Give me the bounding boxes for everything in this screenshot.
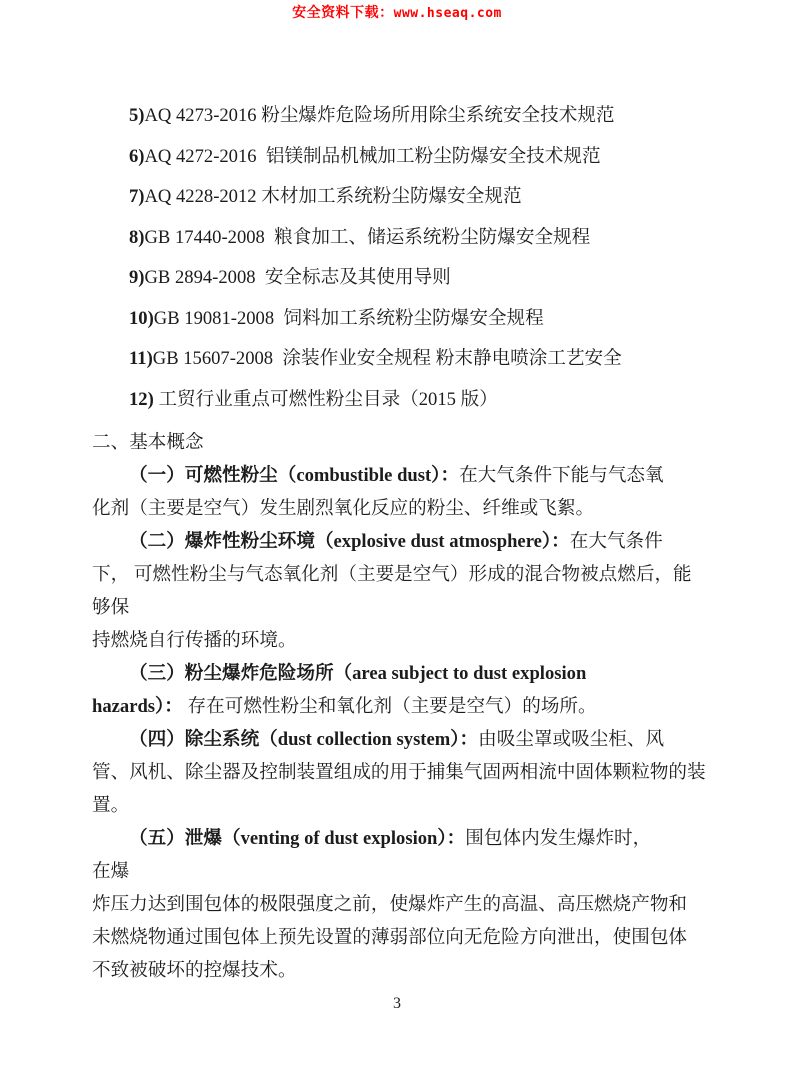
standard-item-number: 6) — [129, 146, 145, 167]
standard-item-number: 11) — [129, 348, 153, 369]
definition-term: hazards）： — [92, 696, 183, 717]
standard-item-number: 10) — [129, 308, 154, 329]
definition-line: （一）可燃性粉尘（combustible dust）：在大气条件下能与气态氧 — [92, 459, 708, 492]
standard-item: 10)GB 19081-2008 饲料加工系统粉尘防爆安全规程 — [92, 299, 708, 340]
definition-line: hazards）： 存在可燃性粉尘和氧化剂（主要是空气）的场所。 — [92, 690, 708, 723]
definition-text: 不致被破坏的控爆技术。 — [92, 960, 297, 981]
standard-item: 7)AQ 4228-2012 木材加工系统粉尘防爆安全规范 — [92, 177, 708, 218]
definition-line: 持燃烧自行传播的环境。 — [92, 624, 708, 657]
standard-item-number: 9) — [129, 267, 145, 288]
standard-item-number: 5) — [129, 105, 145, 126]
definition-line: 置。 — [92, 789, 708, 822]
definition-line: （五）泄爆（venting of dust explosion）：围包体内发生爆… — [92, 822, 708, 855]
definition-text: 在大气条件下能与气态氧 — [459, 465, 664, 486]
header-url: www.hseaq.com — [394, 6, 502, 21]
document-body: 5)AQ 4273-2016 粉尘爆炸危险场所用除尘系统安全技术规范6)AQ 4… — [92, 96, 708, 987]
header-label: 安全资料下载： — [292, 6, 394, 21]
standards-list: 5)AQ 4273-2016 粉尘爆炸危险场所用除尘系统安全技术规范6)AQ 4… — [92, 96, 708, 420]
standard-item-text: AQ 4273-2016 粉尘爆炸危险场所用除尘系统安全技术规范 — [145, 105, 615, 126]
definition-term: （二）爆炸性粉尘环境（explosive dust atmosphere）： — [129, 531, 570, 552]
document-page: 安全资料下载：www.hseaq.com 5)AQ 4273-2016 粉尘爆炸… — [0, 0, 794, 1077]
standard-item-number: 8) — [129, 227, 145, 248]
page-number: 3 — [0, 995, 794, 1013]
standard-item: 9)GB 2894-2008 安全标志及其使用导则 — [92, 258, 708, 299]
standard-item: 11)GB 15607-2008 涂装作业安全规程 粉末静电喷涂工艺安全 — [92, 339, 708, 380]
definition-text: 持燃烧自行传播的环境。 — [92, 630, 297, 651]
page-header: 安全资料下载：www.hseaq.com — [0, 2, 794, 22]
standard-item: 6)AQ 4272-2016 铝镁制品机械加工粉尘防爆安全技术规范 — [92, 137, 708, 178]
standard-item-text: GB 17440-2008 粮食加工、储运系统粉尘防爆安全规程 — [145, 227, 591, 248]
standard-item-text: 工贸行业重点可燃性粉尘目录（2015 版） — [154, 389, 498, 410]
standard-item: 5)AQ 4273-2016 粉尘爆炸危险场所用除尘系统安全技术规范 — [92, 96, 708, 137]
definition-text: 在大气条件 — [570, 531, 663, 552]
standard-item-number: 7) — [129, 186, 145, 207]
section-heading: 二、基本概念 — [92, 426, 708, 459]
definition-line: （三）粉尘爆炸危险场所（area subject to dust explosi… — [92, 657, 708, 690]
standard-item: 8)GB 17440-2008 粮食加工、储运系统粉尘防爆安全规程 — [92, 218, 708, 259]
definition-text: 下， 可燃性粉尘与气态氧化剂（主要是空气）形成的混合物被点燃后，能 — [92, 564, 692, 585]
definition-line: 未燃烧物通过围包体上预先设置的薄弱部位向无危险方向泄出，使围包体 — [92, 921, 708, 954]
standard-item-text: AQ 4272-2016 铝镁制品机械加工粉尘防爆安全技术规范 — [145, 146, 601, 167]
definition-text: 化剂（主要是空气）发生剧烈氧化反应的粉尘、纤维或飞絮。 — [92, 498, 594, 519]
definition-text: 置。 — [92, 795, 129, 816]
definition-term: （一）可燃性粉尘（combustible dust）： — [129, 465, 459, 486]
definition-term: （五）泄爆（venting of dust explosion）： — [129, 828, 465, 849]
standard-item-number: 12) — [129, 389, 154, 410]
definition-line: 炸压力达到围包体的极限强度之前，使爆炸产生的高温、高压燃烧产物和 — [92, 888, 708, 921]
standard-item: 12) 工贸行业重点可燃性粉尘目录（2015 版） — [92, 380, 708, 421]
definition-line: 在爆 — [92, 855, 708, 888]
definition-line: 化剂（主要是空气）发生剧烈氧化反应的粉尘、纤维或飞絮。 — [92, 492, 708, 525]
definition-term: （四）除尘系统（dust collection system）： — [129, 729, 478, 750]
definitions-block: （一）可燃性粉尘（combustible dust）：在大气条件下能与气态氧化剂… — [92, 459, 708, 987]
standard-item-text: GB 15607-2008 涂装作业安全规程 粉末静电喷涂工艺安全 — [153, 348, 622, 369]
standard-item-text: AQ 4228-2012 木材加工系统粉尘防爆安全规范 — [145, 186, 522, 207]
standard-item-text: GB 19081-2008 饲料加工系统粉尘防爆安全规程 — [154, 308, 544, 329]
definition-line: 不致被破坏的控爆技术。 — [92, 954, 708, 987]
definition-text: 管、风机、除尘器及控制装置组成的用于捕集气固两相流中固体颗粒物的装 — [92, 762, 706, 783]
definition-line: 下， 可燃性粉尘与气态氧化剂（主要是空气）形成的混合物被点燃后，能 — [92, 558, 708, 591]
definition-text: 在爆 — [92, 861, 129, 882]
definition-text: 围包体内发生爆炸时， — [465, 828, 651, 849]
definition-term: （三）粉尘爆炸危险场所（area subject to dust explosi… — [129, 663, 586, 684]
definition-text: 存在可燃性粉尘和氧化剂（主要是空气）的场所。 — [183, 696, 597, 717]
definition-text: 由吸尘罩或吸尘柜、风 — [478, 729, 664, 750]
definition-text: 够保 — [92, 597, 129, 618]
definition-text: 未燃烧物通过围包体上预先设置的薄弱部位向无危险方向泄出，使围包体 — [92, 927, 687, 948]
definition-line: （二）爆炸性粉尘环境（explosive dust atmosphere）：在大… — [92, 525, 708, 558]
definition-line: 够保 — [92, 591, 708, 624]
definition-line: 管、风机、除尘器及控制装置组成的用于捕集气固两相流中固体颗粒物的装 — [92, 756, 708, 789]
definition-text: 炸压力达到围包体的极限强度之前，使爆炸产生的高温、高压燃烧产物和 — [92, 894, 687, 915]
standard-item-text: GB 2894-2008 安全标志及其使用导则 — [145, 267, 451, 288]
definition-line: （四）除尘系统（dust collection system）：由吸尘罩或吸尘柜… — [92, 723, 708, 756]
